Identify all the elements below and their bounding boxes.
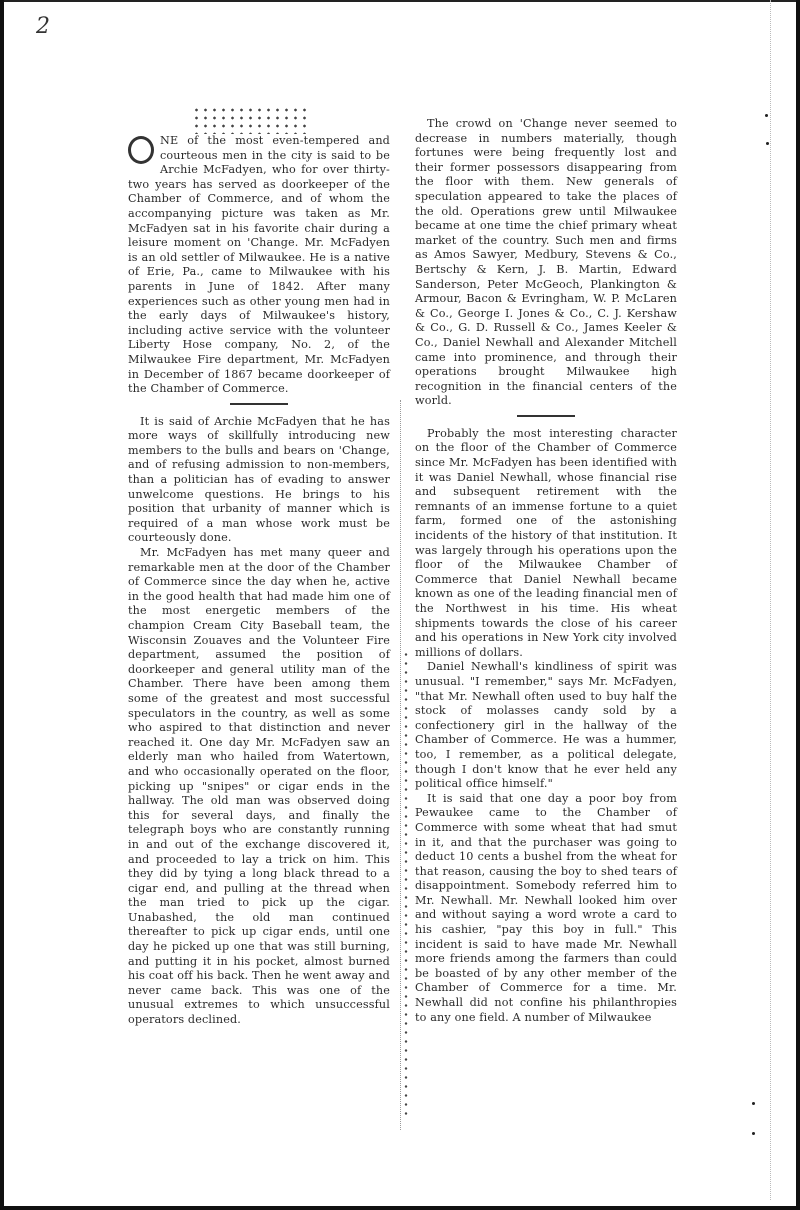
dropcap-letter-o: O — [128, 136, 154, 164]
margin-mark — [752, 1102, 755, 1105]
article-paragraph: It is said that one day a poor boy from … — [415, 792, 677, 1026]
article-right-column: The crowd on 'Change never seemed to dec… — [415, 117, 677, 1025]
gutter-marks — [404, 650, 408, 1120]
scan-border-bottom — [0, 1206, 800, 1210]
margin-mark — [766, 142, 769, 145]
margin-mark — [752, 1132, 755, 1135]
section-divider — [517, 415, 575, 417]
scan-border-right — [796, 0, 800, 1210]
handwritten-page-number: 2 — [36, 14, 50, 39]
article-paragraph: Probably the most interesting character … — [415, 427, 677, 661]
page-edge-line — [770, 0, 771, 1200]
scan-border-left — [0, 0, 4, 1210]
paragraph-text: NE of the most even-tempered and courteo… — [128, 134, 390, 395]
ornament-dots — [192, 106, 312, 134]
article-paragraph: Mr. McFadyen has met many queer and rema… — [128, 546, 390, 1028]
article-paragraph: O NE of the most even-tempered and court… — [128, 134, 390, 397]
column-divider — [400, 400, 401, 1130]
scan-border-top — [0, 0, 800, 2]
section-divider — [230, 403, 288, 405]
margin-mark — [765, 114, 768, 117]
article-paragraph: It is said of Archie McFadyen that he ha… — [128, 415, 390, 546]
article-left-column: O NE of the most even-tempered and court… — [128, 134, 390, 1028]
article-paragraph: The crowd on 'Change never seemed to dec… — [415, 117, 677, 409]
article-paragraph: Daniel Newhall's kindliness of spirit wa… — [415, 660, 677, 791]
